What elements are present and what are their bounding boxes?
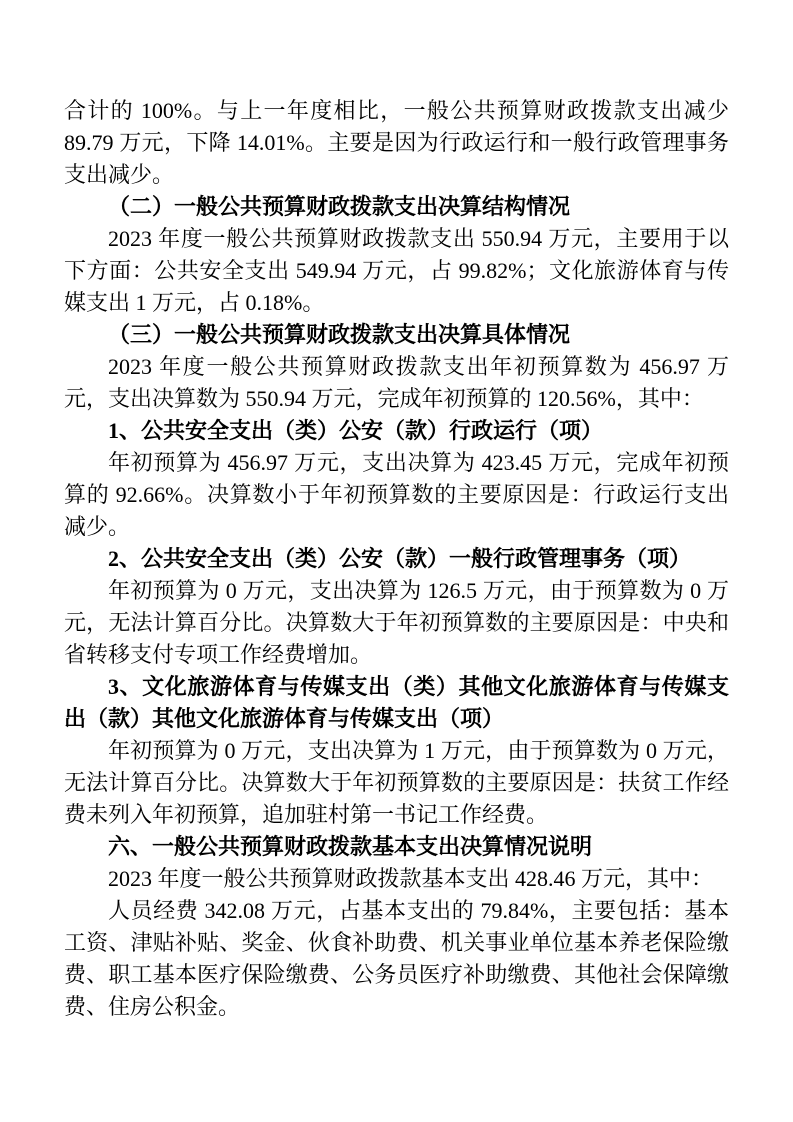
paragraph-continuation-expenditure-decrease: 合计的 100%。与上一年度相比，一般公共预算财政拨款支出减少 89.79 万元… xyxy=(64,95,729,191)
document-body: 合计的 100%。与上一年度相比，一般公共预算财政拨款支出减少 89.79 万元… xyxy=(64,95,729,1023)
paragraph-budget-vs-final-overview: 2023 年度一般公共预算财政拨款支出年初预算数为 456.97 万元，支出决算… xyxy=(64,351,729,415)
document-page: 合计的 100%。与上一年度相比，一般公共预算财政拨款支出减少 89.79 万元… xyxy=(0,0,793,1122)
heading-section-2-expenditure-structure: （二）一般公共预算财政拨款支出决算结构情况 xyxy=(64,191,729,223)
paragraph-expenditure-structure-detail: 2023 年度一般公共预算财政拨款支出 550.94 万元，主要用于以下方面：公… xyxy=(64,223,729,319)
paragraph-item-2-detail: 年初预算为 0 万元，支出决算为 126.5 万元，由于预算数为 0 万元，无法… xyxy=(64,575,729,671)
paragraph-basic-expenditure-total: 2023 年度一般公共预算财政拨款基本支出 428.46 万元，其中： xyxy=(64,863,729,895)
paragraph-item-3-detail: 年初预算为 0 万元，支出决算为 1 万元，由于预算数为 0 万元，无法计算百分… xyxy=(64,735,729,831)
paragraph-personnel-expense-breakdown: 人员经费 342.08 万元，占基本支出的 79.84%，主要包括：基本工资、津… xyxy=(64,895,729,1023)
heading-item-2-public-security-general-admin: 2、公共安全支出（类）公安（款）一般行政管理事务（项） xyxy=(64,543,729,575)
heading-item-1-public-security-admin-operation: 1、公共安全支出（类）公安（款）行政运行（项） xyxy=(64,415,729,447)
heading-section-3-expenditure-specifics: （三）一般公共预算财政拨款支出决算具体情况 xyxy=(64,319,729,351)
paragraph-item-1-detail: 年初预算为 456.97 万元，支出决算为 423.45 万元，完成年初预算的 … xyxy=(64,447,729,543)
heading-section-6-basic-expenditure-explanation: 六、一般公共预算财政拨款基本支出决算情况说明 xyxy=(64,831,729,863)
heading-item-3-culture-tourism-media: 3、文化旅游体育与传媒支出（类）其他文化旅游体育与传媒支出（款）其他文化旅游体育… xyxy=(64,671,729,735)
